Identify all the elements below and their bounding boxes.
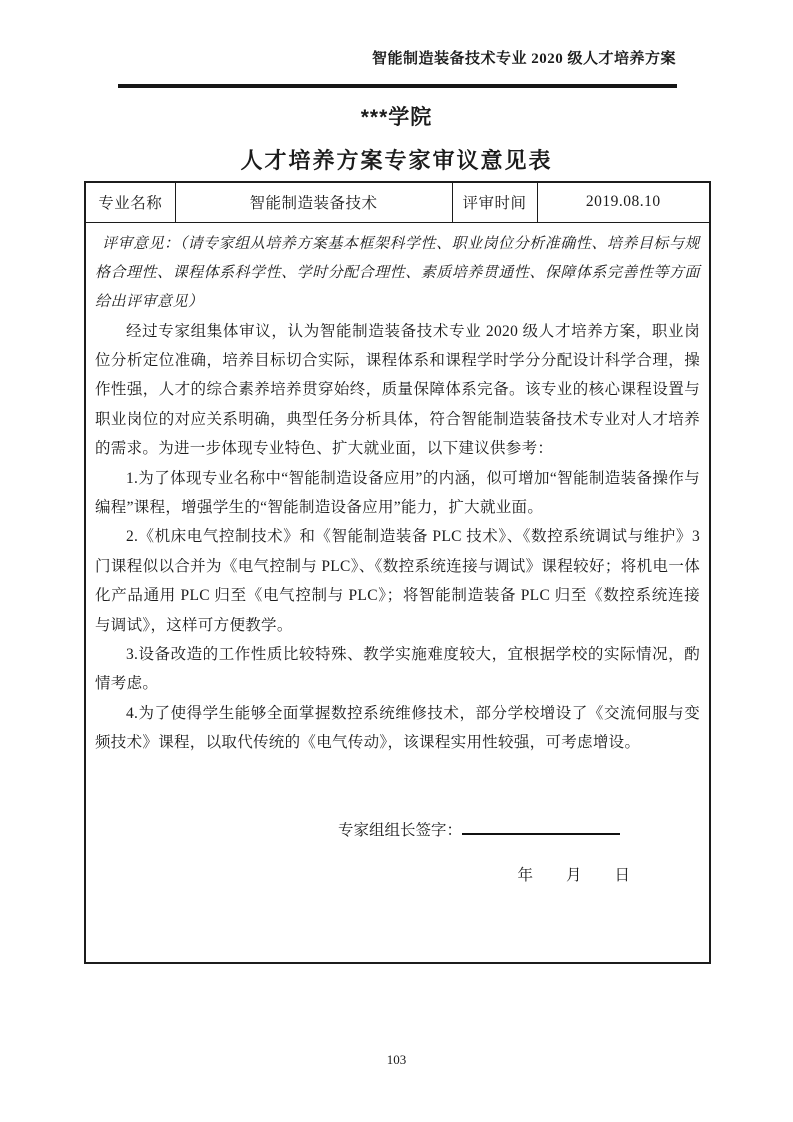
opinion-paragraph-3: 3.设备改造的工作性质比较特殊、教学实施难度较大，宜根据学校的实际情况，酌情考虑…: [95, 640, 700, 699]
opinion-instruction-note: 评审意见：（请专家组从培养方案基本框架科学性、职业岗位分析准确性、培养目标与规格…: [95, 230, 700, 317]
signature-blank-line: [462, 821, 620, 835]
footer-page-number: 103: [0, 1052, 793, 1068]
header-double-rule: [118, 84, 677, 88]
review-time-label-cell: 评审时间: [452, 182, 537, 222]
opinion-row: 评审意见：（请专家组从培养方案基本框架科学性、职业岗位分析准确性、培养目标与规格…: [85, 222, 710, 963]
date-day-label: 日: [614, 861, 630, 890]
document-page: 智能制造装备技术专业 2020 级人才培养方案 ***学院 人才培养方案专家审议…: [0, 0, 793, 1122]
opinion-paragraph-2: 2.《机床电气控制技术》和《智能制造装备 PLC 技术》、《数控系统调试与维护》…: [95, 522, 700, 640]
signature-row: 专家组组长签字：: [95, 816, 700, 845]
opinion-cell: 评审意见：（请专家组从培养方案基本框架科学性、职业岗位分析准确性、培养目标与规格…: [85, 222, 710, 963]
form-title: 人才培养方案专家审议意见表: [0, 144, 793, 175]
major-value-cell: 智能制造装备技术: [175, 182, 452, 222]
opinion-paragraph-1: 1.为了体现专业名称中“智能制造设备应用”的内涵，似可增加“智能制造装备操作与编…: [95, 464, 700, 523]
opinion-paragraph-summary: 经过专家组集体审议，认为智能制造装备技术专业 2020 级人才培养方案，职业岗位…: [95, 317, 700, 464]
review-time-value-cell: 2019.08.10: [537, 182, 710, 222]
review-form-table: 专业名称 智能制造装备技术 评审时间 2019.08.10 评审意见：（请专家组…: [84, 181, 711, 964]
date-month-label: 月: [566, 861, 582, 890]
date-year-label: 年: [517, 861, 533, 890]
major-label-cell: 专业名称: [85, 182, 175, 222]
opinion-paragraph-4: 4.为了使得学生能够全面掌握数控系统维修技术，部分学校增设了《交流伺服与变频技术…: [95, 699, 700, 758]
date-row: 年 月 日: [95, 861, 700, 890]
signature-label: 专家组组长签字：: [338, 822, 462, 839]
college-title: ***学院: [0, 101, 793, 131]
opinion-body: 经过专家组集体审议，认为智能制造装备技术专业 2020 级人才培养方案，职业岗位…: [95, 317, 700, 758]
info-row: 专业名称 智能制造装备技术 评审时间 2019.08.10: [85, 182, 710, 222]
page-header-text: 智能制造装备技术专业 2020 级人才培养方案: [372, 47, 676, 68]
